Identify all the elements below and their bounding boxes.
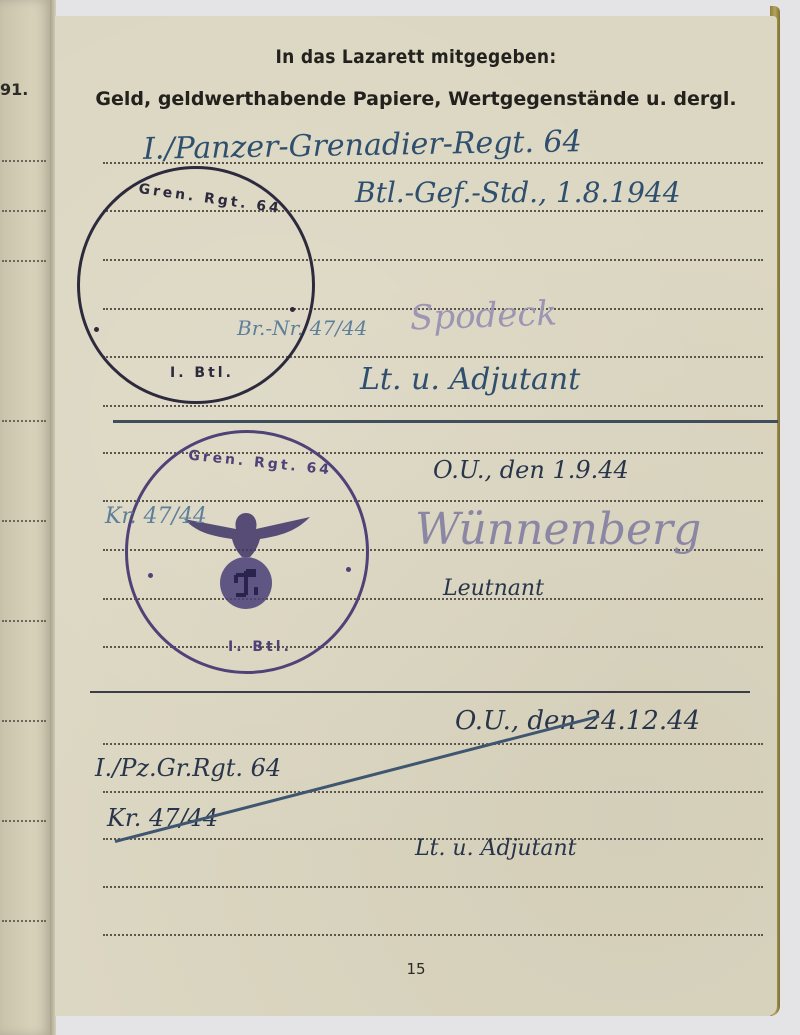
entry2-eagle-stamp: Gren. Rgt. 64 I. Btl. — [125, 430, 369, 674]
facing-page-dotted-line — [2, 520, 46, 522]
facing-page-dotted-line — [2, 720, 46, 722]
entry2-place-date: O.U., den 1.9.44 — [433, 456, 629, 484]
dotted-line — [103, 934, 763, 936]
entry1-place-date: Btl.-Gef.-Std., 1.8.1944 — [355, 176, 681, 209]
dotted-line — [103, 791, 763, 793]
dotted-line — [103, 405, 763, 407]
document-page: In das Lazarett mitgegeben: Geld, geldwe… — [55, 16, 777, 1016]
section-divider — [113, 420, 778, 423]
facing-page-dotted-line — [2, 260, 46, 262]
entry1-rank: Lt. u. Adjutant — [360, 362, 580, 397]
entry3-unit: I./Pz.Gr.Rgt. 64 — [95, 754, 281, 782]
facing-page-dotted-line — [2, 210, 46, 212]
entry2-reference-number: Kr. 47/44 — [105, 504, 207, 529]
facing-page-dotted-line — [2, 160, 46, 162]
entry1-unit-stamp: Gren. Rgt. 64 I. Btl. — [77, 166, 315, 404]
facing-page-dotted-line — [2, 920, 46, 922]
facing-page-text-fragment: 91. — [0, 80, 28, 99]
page-heading: In das Lazarett mitgegeben: — [55, 46, 777, 68]
facing-page-dotted-line — [2, 820, 46, 822]
dotted-line — [103, 743, 763, 745]
facing-page-dotted-line — [2, 420, 46, 422]
entry1-reference-number: Br.-Nr. 47/44 — [237, 316, 367, 340]
entry3-rank: Lt. u. Adjutant — [415, 836, 577, 861]
entry2-signature: Wünnenberg — [415, 504, 701, 555]
facing-page-dotted-line — [2, 620, 46, 622]
section-divider — [90, 691, 750, 693]
page-number: 15 — [55, 960, 777, 978]
entry1-unit: I./Panzer-Grenadier-Regt. 64 — [143, 124, 582, 167]
facing-page: 91. — [0, 0, 52, 1035]
page-subheading: Geld, geldwerthabende Papiere, Wertgegen… — [55, 88, 777, 110]
entry1-signature: Spodeck — [409, 293, 557, 338]
entry2-rank: Leutnant — [443, 576, 544, 601]
dotted-line — [103, 886, 763, 888]
